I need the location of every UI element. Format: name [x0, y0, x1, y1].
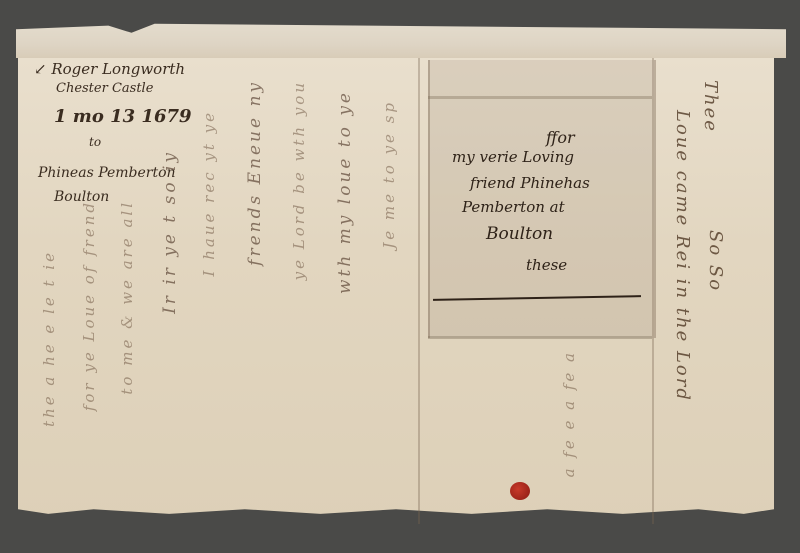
fold-line-vertical — [418, 58, 420, 524]
margin-script: So So — [705, 230, 726, 292]
docket-date: 1 mo 13 1679 — [54, 108, 192, 126]
bleed-through-text: Je me to ye sp — [380, 100, 398, 249]
bleed-through-text: ye Lord be wth you — [290, 80, 308, 280]
address-line: ffor — [546, 128, 575, 147]
bleed-through-text: to me & we are all — [118, 200, 136, 395]
docket-location: Chester Castle — [56, 82, 153, 95]
bleed-through-text: for ye Loue of frend — [80, 200, 98, 411]
margin-script: Thee — [700, 80, 721, 133]
address-line: friend Phinehas — [470, 174, 590, 192]
bleed-through-text: a fe e a fe a — [560, 350, 578, 477]
conservation-tape-strip — [16, 22, 786, 58]
bleed-through-text: wth my loue to ye — [335, 90, 355, 294]
bleed-through-text: I haue rec yt ye — [200, 110, 218, 276]
docket-to: to — [89, 136, 101, 148]
wax-seal — [510, 482, 530, 500]
docket-sender: ↙ Roger Longworth — [34, 62, 185, 77]
margin-script: Loue came Rei in the Lord — [672, 110, 693, 402]
address-line: Pemberton at — [462, 198, 565, 216]
address-line: my verie Loving — [452, 148, 574, 166]
address-line: Boulton — [486, 224, 553, 244]
address-line: these — [526, 256, 567, 274]
bleed-through-text: the a he e le t ie — [40, 250, 58, 427]
docket-recipient: Phineas Pemberton — [38, 166, 176, 180]
bleed-through-text: frends Eneue ny — [245, 80, 265, 266]
docket-destination: Boulton — [54, 190, 109, 204]
